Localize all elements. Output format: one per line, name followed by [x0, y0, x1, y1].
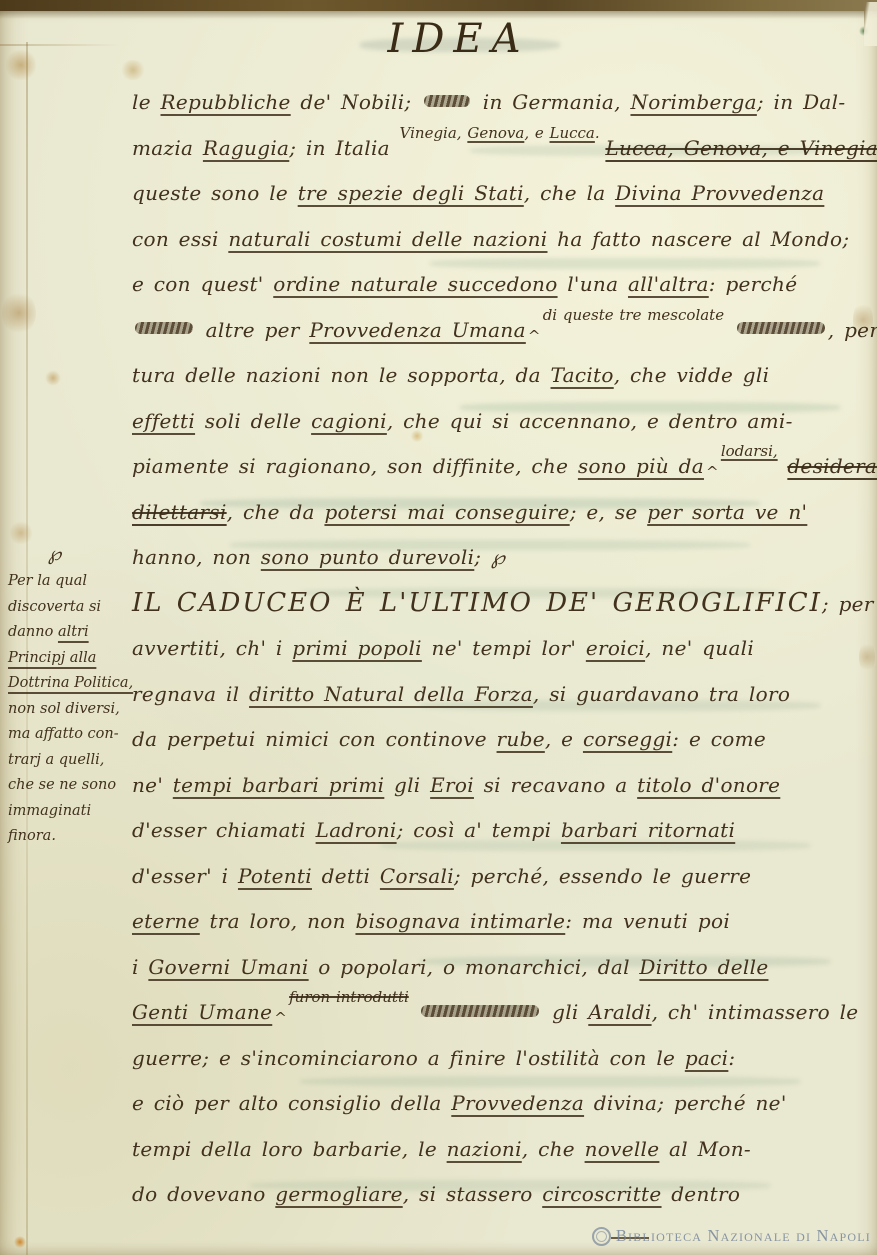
- text-segment: ma affatto con-: [8, 726, 119, 742]
- text-segment: Genova: [467, 124, 524, 142]
- text-segment: diritto Natural della Forza: [249, 682, 533, 706]
- text-segment: paci: [685, 1046, 729, 1070]
- manuscript-line: d'esser' i Potenti detti Corsali; perché…: [132, 854, 869, 900]
- library-seal-icon: [592, 1227, 611, 1246]
- text-segment: potersi mai conseguire: [324, 500, 569, 524]
- text-segment: guerre; e s'incominciarono a finire l'os…: [132, 1046, 685, 1070]
- manuscript-line: do dovevano germogliare, si stassero cir…: [132, 1172, 869, 1218]
- text-segment: gli: [384, 773, 430, 797]
- foxing-spot: [14, 1236, 26, 1248]
- text-segment: Norimberga: [630, 90, 756, 114]
- margin-note-line: discoverta si: [8, 595, 132, 621]
- text-segment: ; per farci: [822, 592, 877, 616]
- margin-note-line: immaginati: [8, 799, 132, 825]
- text-segment: , ne' quali: [645, 636, 754, 660]
- text-segment: le: [132, 90, 161, 114]
- manuscript-line: e ciò per alto consiglio della Provveden…: [132, 1081, 869, 1127]
- text-segment: Araldi: [588, 1000, 651, 1024]
- margin-note-line: non sol diversi,: [8, 697, 132, 723]
- margin-note-line: danno altri: [8, 620, 132, 646]
- manuscript-body: le Repubbliche de' Nobili; in Germania, …: [132, 80, 869, 1218]
- text-segment: Per la qual: [8, 573, 87, 589]
- foxing-spot: [120, 60, 146, 80]
- library-watermark-label: Biblioteca Nazionale di Napoli: [616, 1226, 871, 1246]
- text-segment: ; perché, essendo le guerre: [454, 864, 751, 888]
- library-watermark: Biblioteca Nazionale di Napoli: [592, 1226, 871, 1246]
- book-top-edge: [0, 0, 877, 11]
- text-segment: Ladroni: [316, 818, 397, 842]
- text-segment: ; così a' tempi: [397, 818, 561, 842]
- text-segment: , che: [522, 1137, 585, 1161]
- text-segment: ; in Italia: [289, 136, 399, 160]
- text-segment: tura delle nazioni non le sopporta, da: [132, 363, 551, 387]
- text-segment: Potenti: [238, 864, 312, 888]
- text-segment: Vinegia,: [400, 124, 468, 142]
- manuscript-line: tempi della loro barbarie, le nazioni, c…: [132, 1127, 869, 1173]
- text-segment: con essi: [132, 227, 228, 251]
- text-segment: furon introdutti: [289, 988, 409, 1006]
- text-segment: , che la: [524, 181, 615, 205]
- manuscript-line: avvertiti, ch' i primi popoli ne' tempi …: [132, 626, 869, 672]
- manuscript-line: Genti Umane^furon introdutti gli Araldi,…: [132, 990, 869, 1036]
- text-segment: al Mon-: [659, 1137, 751, 1161]
- text-segment: , perché essa na-: [828, 318, 877, 342]
- text-segment: naturali costumi delle nazioni: [228, 227, 547, 251]
- text-segment: eroici: [586, 636, 645, 660]
- text-segment: si recavano a: [474, 773, 637, 797]
- insertion-caret: ^: [274, 1009, 287, 1027]
- text-segment: tre spezie degli Stati: [298, 181, 524, 205]
- manuscript-line: effetti soli delle cagioni, che qui si a…: [132, 399, 869, 445]
- text-segment: cagioni: [311, 409, 387, 433]
- text-segment: non sol diversi,: [8, 701, 120, 717]
- text-segment: hanno, non: [132, 545, 261, 569]
- text-segment: regnava il: [132, 682, 249, 706]
- text-segment: Diritto delle: [639, 955, 768, 979]
- text-segment: bisognava intimarle: [355, 909, 565, 933]
- text-segment: effetti: [132, 409, 195, 433]
- margin-note-line: Per la qual: [8, 569, 132, 595]
- insertion-caret: ^: [706, 463, 719, 481]
- manuscript-line: tura delle nazioni non le sopporta, da T…: [132, 353, 869, 399]
- text-segment: , si guardavano tra loro: [533, 682, 790, 706]
- manuscript-line: d'esser chiamati Ladroni; così a' tempi …: [132, 808, 869, 854]
- book-top-edge-shadow: [0, 11, 877, 19]
- text-segment: .: [595, 124, 606, 142]
- paragraph-mark: ℘: [8, 543, 132, 569]
- text-segment: rube: [497, 727, 545, 751]
- text-segment: avvertiti, ch' i: [132, 636, 292, 660]
- text-segment: da perpetui nimici con continove: [132, 727, 497, 751]
- margin-note-line: Dottrina Politica,: [8, 671, 132, 697]
- text-segment: , che vidde gli: [614, 363, 770, 387]
- text-segment: detti: [312, 864, 380, 888]
- text-segment: tra loro, non: [200, 909, 356, 933]
- text-segment: , che qui si accennano, e dentro ami-: [387, 409, 793, 433]
- text-segment: l'una: [558, 272, 628, 296]
- text-segment: : perché: [709, 272, 798, 296]
- text-segment: Principj alla: [8, 650, 96, 666]
- text-segment: Corsali: [380, 864, 454, 888]
- text-segment: queste sono le: [132, 181, 298, 205]
- text-segment: [409, 1000, 419, 1024]
- page-title: IDEA: [130, 16, 787, 62]
- foxing-spot: [45, 370, 61, 386]
- text-segment: discoverta si: [8, 599, 101, 615]
- margin-note-line: finora.: [8, 824, 132, 850]
- text-segment: dentro: [662, 1182, 741, 1206]
- text-segment: soli delle: [195, 409, 311, 433]
- text-segment: corseggi: [583, 727, 672, 751]
- insertion-caret: ^: [528, 327, 541, 345]
- text-segment: eterne: [132, 909, 200, 933]
- text-segment: gli: [542, 1000, 588, 1024]
- text-segment: ne': [132, 773, 173, 797]
- text-segment: , si stassero: [403, 1182, 542, 1206]
- manuscript-line: queste sono le tre spezie degli Stati, c…: [132, 171, 869, 217]
- scribble-deletion: [737, 322, 825, 334]
- text-segment: [724, 318, 734, 342]
- manuscript-line: mazia Ragugia; in Italia Vinegia, Genova…: [132, 126, 869, 172]
- foxing-spot: [6, 48, 36, 82]
- text-segment: ordine naturale succedono: [273, 272, 557, 296]
- text-segment: Governi Umani: [148, 955, 308, 979]
- text-segment: finora.: [8, 828, 56, 844]
- text-segment: desiderarsi: [787, 454, 877, 478]
- text-segment: sono più da: [578, 454, 704, 478]
- text-segment: ne' tempi lor': [422, 636, 586, 660]
- manuscript-line: dilettarsi, che da potersi mai conseguir…: [132, 490, 869, 536]
- text-segment: barbari ritornati: [561, 818, 735, 842]
- text-segment: : ma venuti poi: [565, 909, 730, 933]
- text-segment: :: [728, 1046, 735, 1070]
- text-segment: altre per: [196, 318, 309, 342]
- text-segment: dilettarsi: [132, 500, 227, 524]
- margin-note-lines: Per la qualdiscoverta sidanno altriPrinc…: [8, 569, 132, 850]
- manuscript-line: altre per Provvedenza Umana^di queste tr…: [132, 308, 869, 354]
- text-segment: germogliare: [275, 1182, 402, 1206]
- text-segment: danno: [8, 624, 58, 640]
- text-segment: IL CADUCEO È L'ULTIMO DE' GEROGLIFICI: [132, 588, 822, 618]
- text-segment: Ragugia: [203, 136, 289, 160]
- manuscript-line: regnava il diritto Natural della Forza, …: [132, 672, 869, 718]
- text-segment: immaginati: [8, 803, 91, 819]
- text-segment: all'altra: [628, 272, 709, 296]
- text-segment: mazia: [132, 136, 203, 160]
- text-segment: novelle: [585, 1137, 660, 1161]
- manuscript-line: eterne tra loro, non bisognava intimarle…: [132, 899, 869, 945]
- text-segment: d'esser chiamati: [132, 818, 316, 842]
- text-segment: Divina Provvedenza: [615, 181, 824, 205]
- text-segment: , che da: [227, 500, 325, 524]
- text-segment: Provvedenza Umana: [309, 318, 525, 342]
- text-segment: in Germania,: [473, 90, 630, 114]
- text-segment: tempi barbari primi: [173, 773, 385, 797]
- text-segment: Lucca: [550, 124, 595, 142]
- manuscript-line: con essi naturali costumi delle nazioni …: [132, 217, 869, 263]
- manuscript-page: IDEA le Repubbliche de' Nobili; in Germa…: [0, 0, 877, 1255]
- manuscript-line: da perpetui nimici con continove rube, e…: [132, 717, 869, 763]
- text-segment: Repubbliche: [161, 90, 291, 114]
- section-heading-line: IL CADUCEO È L'ULTIMO DE' GEROGLIFICI; p…: [132, 581, 869, 627]
- margin-note: ℘ Per la qualdiscoverta sidanno altriPri…: [8, 543, 132, 850]
- text-segment: tempi della loro barbarie, le: [132, 1137, 447, 1161]
- text-segment: Lucca, Genova, e Vinegia: [605, 136, 877, 160]
- text-segment: do dovevano: [132, 1182, 275, 1206]
- page-corner-sliver: [864, 2, 877, 46]
- text-segment: : e come: [672, 727, 766, 751]
- text-segment: primi popoli: [292, 636, 422, 660]
- text-segment: , ch' intimassero le: [652, 1000, 859, 1024]
- text-segment: ; in Dal-: [757, 90, 846, 114]
- text-segment: Eroi: [430, 773, 474, 797]
- text-segment: trarj a quelli,: [8, 752, 104, 768]
- text-segment: , e: [545, 727, 583, 751]
- manuscript-line: guerre; e s'incominciarono a finire l'os…: [132, 1036, 869, 1082]
- text-segment: , e: [524, 124, 549, 142]
- text-segment: d'esser' i: [132, 864, 238, 888]
- scribble-deletion: [424, 95, 470, 107]
- text-segment: ha fatto nascere al Mondo;: [548, 227, 850, 251]
- scribble-deletion: [421, 1005, 539, 1017]
- manuscript-line: e con quest' ordine naturale succedono l…: [132, 262, 869, 308]
- text-segment: titolo d'onore: [637, 773, 780, 797]
- scribble-deletion: [135, 322, 193, 334]
- foxing-spot: [2, 290, 36, 336]
- manuscript-line: i Governi Umani o popolari, o monarchici…: [132, 945, 869, 991]
- margin-note-line: Principj alla: [8, 646, 132, 672]
- text-segment: de' Nobili;: [291, 90, 421, 114]
- text-segment: di queste tre mescolate: [543, 306, 724, 324]
- text-segment: piamente si ragionano, son diffinite, ch…: [132, 454, 578, 478]
- margin-note-line: ma affatto con-: [8, 722, 132, 748]
- text-segment: Tacito: [551, 363, 614, 387]
- text-segment: e ciò per alto consiglio della: [132, 1091, 451, 1115]
- text-segment: ; ℘: [474, 545, 505, 569]
- page-edge-line-horizontal: [0, 44, 120, 46]
- text-segment: lodarsi,: [721, 442, 778, 460]
- text-segment: altri: [58, 624, 89, 640]
- text-segment: Genti Umane: [132, 1000, 272, 1024]
- text-segment: [778, 454, 788, 478]
- text-segment: Dottrina Politica,: [8, 675, 133, 691]
- manuscript-line: le Repubbliche de' Nobili; in Germania, …: [132, 80, 869, 126]
- text-segment: per sorta ve n': [647, 500, 807, 524]
- manuscript-line: ne' tempi barbari primi gli Eroi si reca…: [132, 763, 869, 809]
- manuscript-line: hanno, non sono punto durevoli; ℘: [132, 535, 869, 581]
- text-segment: divina; perché ne': [584, 1091, 787, 1115]
- text-segment: i: [132, 955, 148, 979]
- text-segment: che se ne sono: [8, 777, 116, 793]
- text-segment: sono punto durevoli: [261, 545, 475, 569]
- text-segment: Provvedenza: [451, 1091, 584, 1115]
- text-segment: e con quest': [132, 272, 273, 296]
- text-segment: ; e, se: [570, 500, 648, 524]
- text-segment: nazioni: [447, 1137, 522, 1161]
- text-segment: circoscritte: [542, 1182, 661, 1206]
- text-segment: o popolari, o monarchici, dal: [309, 955, 640, 979]
- manuscript-line: piamente si ragionano, son diffinite, ch…: [132, 444, 869, 490]
- margin-note-line: che se ne sono: [8, 773, 132, 799]
- margin-note-line: trarj a quelli,: [8, 748, 132, 774]
